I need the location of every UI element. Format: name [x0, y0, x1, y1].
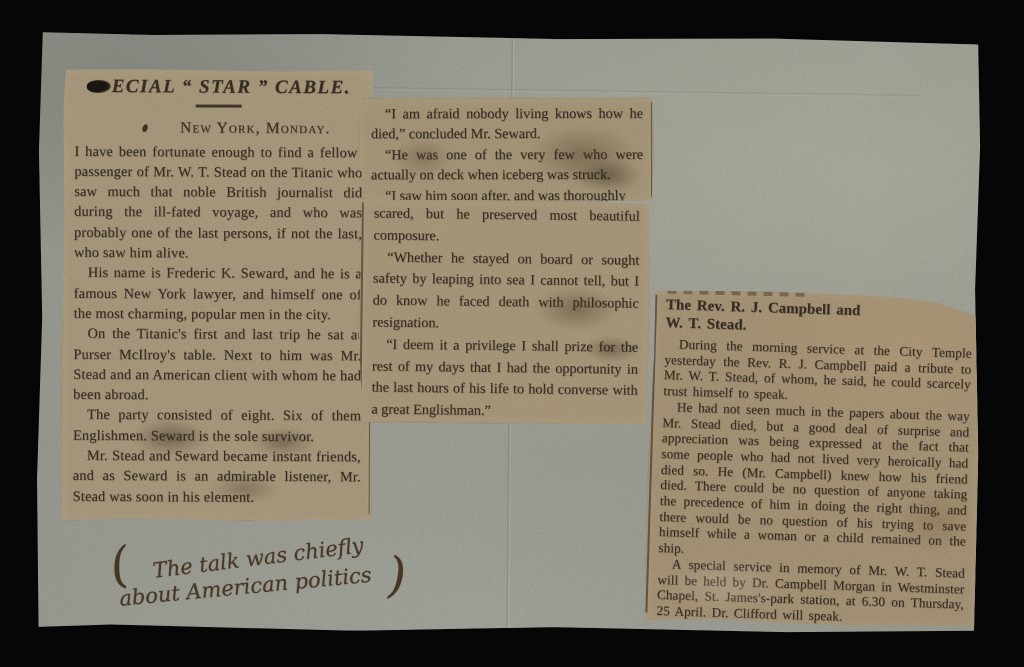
- article-paragraph: “I am afraid nobody living knows how he …: [371, 104, 643, 145]
- ink-smudge-icon: [86, 79, 111, 93]
- article-paragraph: scared, but he preserved most beautiful …: [373, 203, 640, 250]
- clipping-seward-interview-bottom: scared, but he preserved most beautiful …: [357, 198, 651, 426]
- dateline: New York, Monday.: [75, 118, 363, 140]
- scrapbook-photo: ECIAL “ STAR ” CABLE. New York, Monday. …: [0, 0, 1024, 667]
- cropped-text-remnant: [667, 290, 807, 297]
- article-paragraph: On the Titanic's first and last trip he …: [73, 324, 361, 407]
- article-paragraph: During the morning service at the City T…: [663, 336, 972, 408]
- headline-rule: [196, 105, 242, 108]
- clipping-headline: ECIAL “ STAR ” CABLE.: [75, 77, 363, 99]
- article-paragraph: His name is Frederic K. Seward, and he i…: [74, 263, 362, 325]
- article-paragraph: He had not seen much in the papers about…: [658, 399, 970, 566]
- clipping-star-cable: ECIAL “ STAR ” CABLE. New York, Monday. …: [61, 68, 375, 523]
- album-page: ECIAL “ STAR ” CABLE. New York, Monday. …: [35, 31, 982, 636]
- article-paragraph: “I deem it a privilege I shall prize for…: [371, 334, 638, 424]
- article-paragraph: “He was one of the very few who were act…: [371, 145, 643, 186]
- clipping-headline: The Rev. R. J. Campbell and W. T. Stead.: [665, 297, 973, 342]
- article-paragraph: The party consisted of eight. Six of the…: [73, 405, 361, 447]
- clipping-campbell-tribute: The Rev. R. J. Campbell and W. T. Stead.…: [643, 287, 985, 631]
- handwritten-note: ( The talk was chiefly about American po…: [109, 521, 493, 615]
- column-rule: [650, 102, 652, 197]
- handwritten-open-paren: (: [108, 551, 132, 580]
- article-paragraph: I have been fortunate enough to find a f…: [74, 141, 363, 264]
- headline-text: ECIAL “ STAR ” CABLE.: [112, 76, 351, 98]
- article-paragraph: Mr. Stead and Seward became instant frie…: [73, 446, 361, 508]
- article-paragraph: A special service in memory of Mr. W. T.…: [656, 556, 965, 628]
- article-paragraph: “Whether he stayed on board or sought sa…: [372, 247, 639, 337]
- dateline-text: New York, Monday.: [180, 120, 331, 138]
- clipping-seward-interview-top: “I am afraid nobody living knows how he …: [358, 97, 654, 203]
- stray-ink-dot: [141, 124, 148, 133]
- handwritten-close-paren: ): [387, 562, 406, 588]
